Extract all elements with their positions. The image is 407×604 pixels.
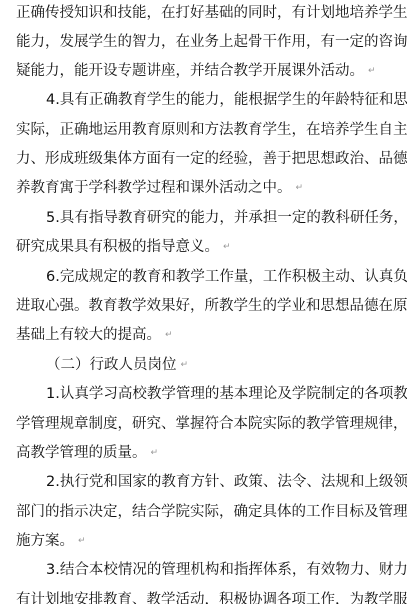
paragraph-mark-icon: ↵ [165, 330, 173, 340]
paragraph-mark-icon: ↵ [296, 183, 304, 193]
line-text: 疑能力，能开设专题讲座，并结合教学开展课外活动。 [16, 63, 364, 79]
text-line: （二）行政人员岗位↵ [46, 355, 394, 375]
line-text: 有计划地安排教育、教学活动，积极协调各项工作，为教学服务， [16, 592, 407, 604]
line-text: 学管理规章制度，研究、掌握符合本院实际的教学管理规律，提 [16, 416, 407, 432]
text-line: 6.完成规定的教育和教学工作量，工作积极主动、认真负责， [46, 267, 394, 287]
line-text: 正确传授知识和技能，在打好基础的同时，有计划地培养学生的 [16, 5, 407, 21]
line-text: 养教育寓于学科教学过程和课外活动之中。 [16, 180, 292, 196]
line-text: 3.结合本校情况的管理机构和指挥体系，有效物力、财力， [46, 562, 407, 578]
line-text: 施方案。 [16, 533, 74, 549]
line-text: 1.认真学习高校教学管理的基本理论及学院制定的各项教 [46, 386, 407, 402]
paragraph-mark-icon: ↵ [78, 536, 86, 546]
line-text: 5.具有指导教育研究的能力，并承担一定的教科研任务，其 [46, 210, 407, 226]
text-line: 施方案。↵ [16, 531, 394, 551]
line-text: 力、形成班级集体方面有一定的经验，善于把思想政治、品德修 [16, 151, 407, 167]
line-text: 高教学管理的质量。 [16, 445, 147, 461]
text-line: 1.认真学习高校教学管理的基本理论及学院制定的各项教 [46, 384, 394, 404]
text-line: 2.执行党和国家的教育方针、政策、法令、法规和上级领导 [46, 472, 394, 492]
text-line: 有计划地安排教育、教学活动，积极协调各项工作，为教学服务， [16, 590, 394, 604]
text-line: 力、形成班级集体方面有一定的经验，善于把思想政治、品德修 [16, 149, 394, 169]
text-line: 5.具有指导教育研究的能力，并承担一定的教科研任务，其 [46, 208, 394, 228]
line-text: 4.具有正确教育学生的能力，能根据学生的年龄特征和思想 [46, 92, 407, 108]
text-line: 学管理规章制度，研究、掌握符合本院实际的教学管理规律，提 [16, 414, 394, 434]
paragraph-mark-icon: ↵ [151, 448, 159, 458]
line-text: 基础上有较大的提高。 [16, 327, 161, 343]
text-line: 4.具有正确教育学生的能力，能根据学生的年龄特征和思想 [46, 90, 394, 110]
line-text: 部门的指示决定，结合学院实际，确定具体的工作目标及管理实 [16, 504, 407, 520]
text-line: 实际，正确地运用教育原则和方法教育学生，在培养学生自主能 [16, 120, 394, 140]
text-line: 疑能力，能开设专题讲座，并结合教学开展课外活动。↵ [16, 61, 394, 81]
line-text: 实际，正确地运用教育原则和方法教育学生，在培养学生自主能 [16, 122, 407, 138]
text-line: 研究成果具有积极的指导意义。↵ [16, 237, 394, 257]
text-line: 能力，发展学生的智力，在业务上起骨干作用，有一定的咨询答 [16, 32, 394, 52]
paragraph-mark-icon: ↵ [181, 360, 189, 370]
text-line: 进取心强。教育教学效果好，所教学生的学业和思想品德在原有 [16, 296, 394, 316]
line-text: 研究成果具有积极的指导意义。 [16, 239, 219, 255]
document-page: 正确传授知识和技能，在打好基础的同时，有计划地培养学生的能力，发展学生的智力，在… [0, 0, 407, 604]
text-line: 养教育寓于学科教学过程和课外活动之中。↵ [16, 178, 394, 198]
line-text: 进取心强。教育教学效果好，所教学生的学业和思想品德在原有 [16, 298, 407, 314]
text-line: 高教学管理的质量。↵ [16, 443, 394, 463]
paragraph-mark-icon: ↵ [368, 66, 376, 76]
line-text: 6.完成规定的教育和教学工作量，工作积极主动、认真负责， [46, 269, 407, 285]
paragraph-mark-icon: ↵ [223, 242, 231, 252]
text-line: 3.结合本校情况的管理机构和指挥体系，有效物力、财力， [46, 560, 394, 580]
text-line: 基础上有较大的提高。↵ [16, 325, 394, 345]
line-text: 2.执行党和国家的教育方针、政策、法令、法规和上级领导 [46, 474, 407, 490]
text-line: 部门的指示决定，结合学院实际，确定具体的工作目标及管理实 [16, 502, 394, 522]
line-text: （二）行政人员岗位 [46, 357, 177, 373]
text-line: 正确传授知识和技能，在打好基础的同时，有计划地培养学生的 [16, 3, 394, 23]
line-text: 能力，发展学生的智力，在业务上起骨干作用，有一定的咨询答 [16, 34, 407, 50]
